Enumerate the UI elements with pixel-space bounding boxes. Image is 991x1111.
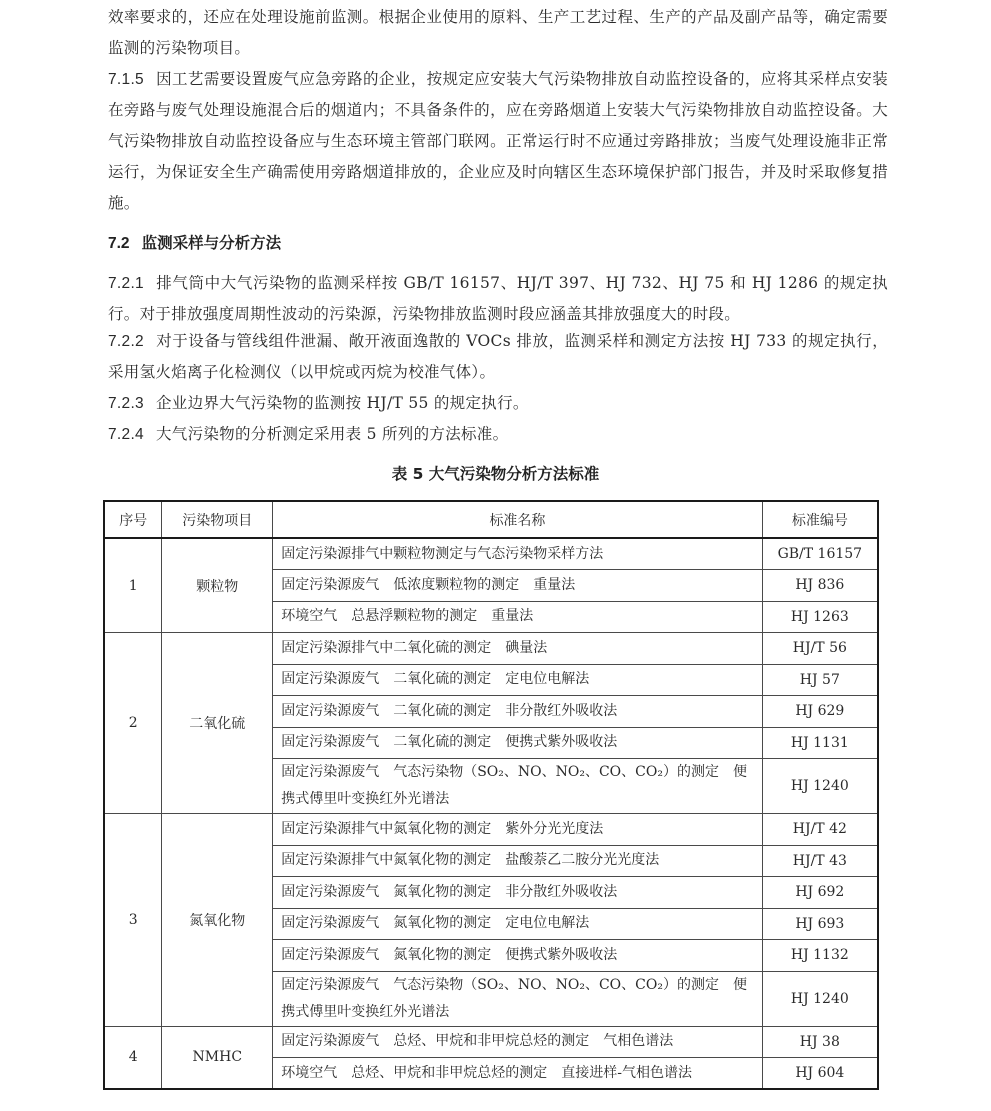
- clause-text: 排气筒中大气污染物的监测采样按 GB/T 16157、HJ/T 397、HJ 7…: [108, 274, 888, 323]
- group-nitrogen-oxides: 3 氮氧化物 固定污染源排气中氮氧化物的测定 紫外分光光度法 HJ/T 42 固…: [104, 814, 878, 1027]
- clause-7-2-2: 7.2.2对于设备与管线组件泄漏、敞开液面逸散的 VOCs 排放，监测采样和测定…: [108, 326, 888, 388]
- standard-code: HJ 38: [762, 1026, 878, 1058]
- standard-code: HJ 57: [762, 664, 878, 696]
- table-caption: 表 5 大气污染物分析方法标准: [0, 462, 991, 484]
- standard-name: 固定污染源废气 氮氧化物的测定 定电位电解法: [273, 908, 762, 940]
- group-number: 2: [104, 633, 162, 814]
- standard-name: 固定污染源废气 二氧化硫的测定 定电位电解法: [273, 664, 762, 696]
- clause-text: 企业边界大气污染物的监测按 HJ/T 55 的规定执行。: [156, 394, 529, 412]
- group-sulfur-dioxide: 2 二氧化硫 固定污染源排气中二氧化硫的测定 碘量法 HJ/T 56 固定污染源…: [104, 633, 878, 814]
- group-pollutant: 氮氧化物: [162, 814, 273, 1027]
- standard-name: 固定污染源排气中氮氧化物的测定 紫外分光光度法: [273, 814, 762, 846]
- standard-name: 固定污染源废气 氮氧化物的测定 非分散红外吸收法: [273, 877, 762, 909]
- group-pollutant: NMHC: [162, 1026, 273, 1089]
- group-pollutant: 二氧化硫: [162, 633, 273, 814]
- group-nmhc: 4 NMHC 固定污染源废气 总烃、甲烷和非甲烷总烃的测定 气相色谱法 HJ 3…: [104, 1026, 878, 1089]
- standard-name: 固定污染源废气 二氧化硫的测定 非分散红外吸收法: [273, 696, 762, 728]
- clause-text: 因工艺需要设置废气应急旁路的企业，按规定应安装大气污染物排放自动监控设备的，应将…: [108, 70, 888, 212]
- group-pollutant: 颗粒物: [162, 538, 273, 633]
- standard-code: HJ 1131: [762, 727, 878, 759]
- standard-code: HJ 1240: [762, 759, 878, 814]
- clause-7-2-3: 7.2.3企业边界大气污染物的监测按 HJ/T 55 的规定执行。: [108, 388, 888, 419]
- intro-text: 效率要求的，还应在处理设施前监测。根据企业使用的原料、生产工艺过程、生产的产品及…: [108, 8, 888, 57]
- standard-code: HJ 604: [762, 1058, 878, 1090]
- standard-name: 固定污染源废气 二氧化硫的测定 便携式紫外吸收法: [273, 727, 762, 759]
- standard-name: 环境空气 总悬浮颗粒物的测定 重量法: [273, 601, 762, 633]
- standard-name: 固定污染源废气 低浓度颗粒物的测定 重量法: [273, 570, 762, 602]
- clause-number: 7.2.3: [108, 395, 144, 412]
- standard-name: 固定污染源排气中颗粒物测定与气态污染物采样方法: [273, 538, 762, 570]
- standard-code: HJ/T 56: [762, 633, 878, 665]
- standard-code: HJ 1263: [762, 601, 878, 633]
- standards-table: 序号 污染物项目 标准名称 标准编号 1 颗粒物 固定污染源排气中颗粒物测定与气…: [103, 500, 879, 1090]
- clause-number: 7.2.4: [108, 426, 144, 443]
- clause-number: 7.2.2: [108, 333, 144, 350]
- standard-name: 固定污染源排气中氮氧化物的测定 盐酸萘乙二胺分光光度法: [273, 845, 762, 877]
- standard-name: 环境空气 总烃、甲烷和非甲烷总烃的测定 直接进样-气相色谱法: [273, 1058, 762, 1090]
- standard-name: 固定污染源废气 氮氧化物的测定 便携式紫外吸收法: [273, 940, 762, 972]
- header-pollutant: 污染物项目: [162, 501, 273, 538]
- intro-paragraph: 效率要求的，还应在处理设施前监测。根据企业使用的原料、生产工艺过程、生产的产品及…: [108, 2, 888, 64]
- table-row: 1 颗粒物 固定污染源排气中颗粒物测定与气态污染物采样方法 GB/T 16157: [104, 538, 878, 570]
- header-standard-name: 标准名称: [273, 501, 762, 538]
- table-row: 4 NMHC 固定污染源废气 总烃、甲烷和非甲烷总烃的测定 气相色谱法 HJ 3…: [104, 1026, 878, 1058]
- standard-code: HJ 1240: [762, 971, 878, 1026]
- standard-name: 固定污染源废气 气态污染物（SO₂、NO、NO₂、CO、CO₂）的测定 便携式傅…: [273, 759, 762, 814]
- table-row: 2 二氧化硫 固定污染源排气中二氧化硫的测定 碘量法 HJ/T 56: [104, 633, 878, 665]
- standard-code: HJ 692: [762, 877, 878, 909]
- table-row: 3 氮氧化物 固定污染源排气中氮氧化物的测定 紫外分光光度法 HJ/T 42: [104, 814, 878, 846]
- clause-number: 7.1.5: [108, 71, 144, 88]
- header-no: 序号: [104, 501, 162, 538]
- table-header-row: 序号 污染物项目 标准名称 标准编号: [104, 501, 878, 538]
- section-heading-7-2: 7.2监测采样与分析方法: [108, 231, 281, 253]
- standard-code: GB/T 16157: [762, 538, 878, 570]
- standard-code: HJ 836: [762, 570, 878, 602]
- header-standard-code: 标准编号: [762, 501, 878, 538]
- clause-text: 对于设备与管线组件泄漏、敞开液面逸散的 VOCs 排放，监测采样和测定方法按 H…: [108, 332, 888, 381]
- standard-name: 固定污染源排气中二氧化硫的测定 碘量法: [273, 633, 762, 665]
- clause-7-2-1: 7.2.1排气筒中大气污染物的监测采样按 GB/T 16157、HJ/T 397…: [108, 268, 888, 330]
- clause-7-2-4: 7.2.4大气污染物的分析测定采用表 5 所列的方法标准。: [108, 419, 888, 450]
- group-number: 3: [104, 814, 162, 1027]
- clause-number: 7.2.1: [108, 275, 144, 292]
- group-number: 4: [104, 1026, 162, 1089]
- standard-code: HJ 1132: [762, 940, 878, 972]
- standard-code: HJ/T 42: [762, 814, 878, 846]
- group-particulate: 1 颗粒物 固定污染源排气中颗粒物测定与气态污染物采样方法 GB/T 16157…: [104, 538, 878, 633]
- clause-7-1-5: 7.1.5因工艺需要设置废气应急旁路的企业，按规定应安装大气污染物排放自动监控设…: [108, 64, 888, 219]
- standard-code: HJ 629: [762, 696, 878, 728]
- standard-code: HJ 693: [762, 908, 878, 940]
- section-number: 7.2: [108, 235, 130, 252]
- standard-code: HJ/T 43: [762, 845, 878, 877]
- group-number: 1: [104, 538, 162, 633]
- standard-name: 固定污染源废气 总烃、甲烷和非甲烷总烃的测定 气相色谱法: [273, 1026, 762, 1058]
- clause-text: 大气污染物的分析测定采用表 5 所列的方法标准。: [156, 425, 508, 443]
- section-title: 监测采样与分析方法: [142, 234, 282, 252]
- standard-name: 固定污染源废气 气态污染物（SO₂、NO、NO₂、CO、CO₂）的测定 便携式傅…: [273, 971, 762, 1026]
